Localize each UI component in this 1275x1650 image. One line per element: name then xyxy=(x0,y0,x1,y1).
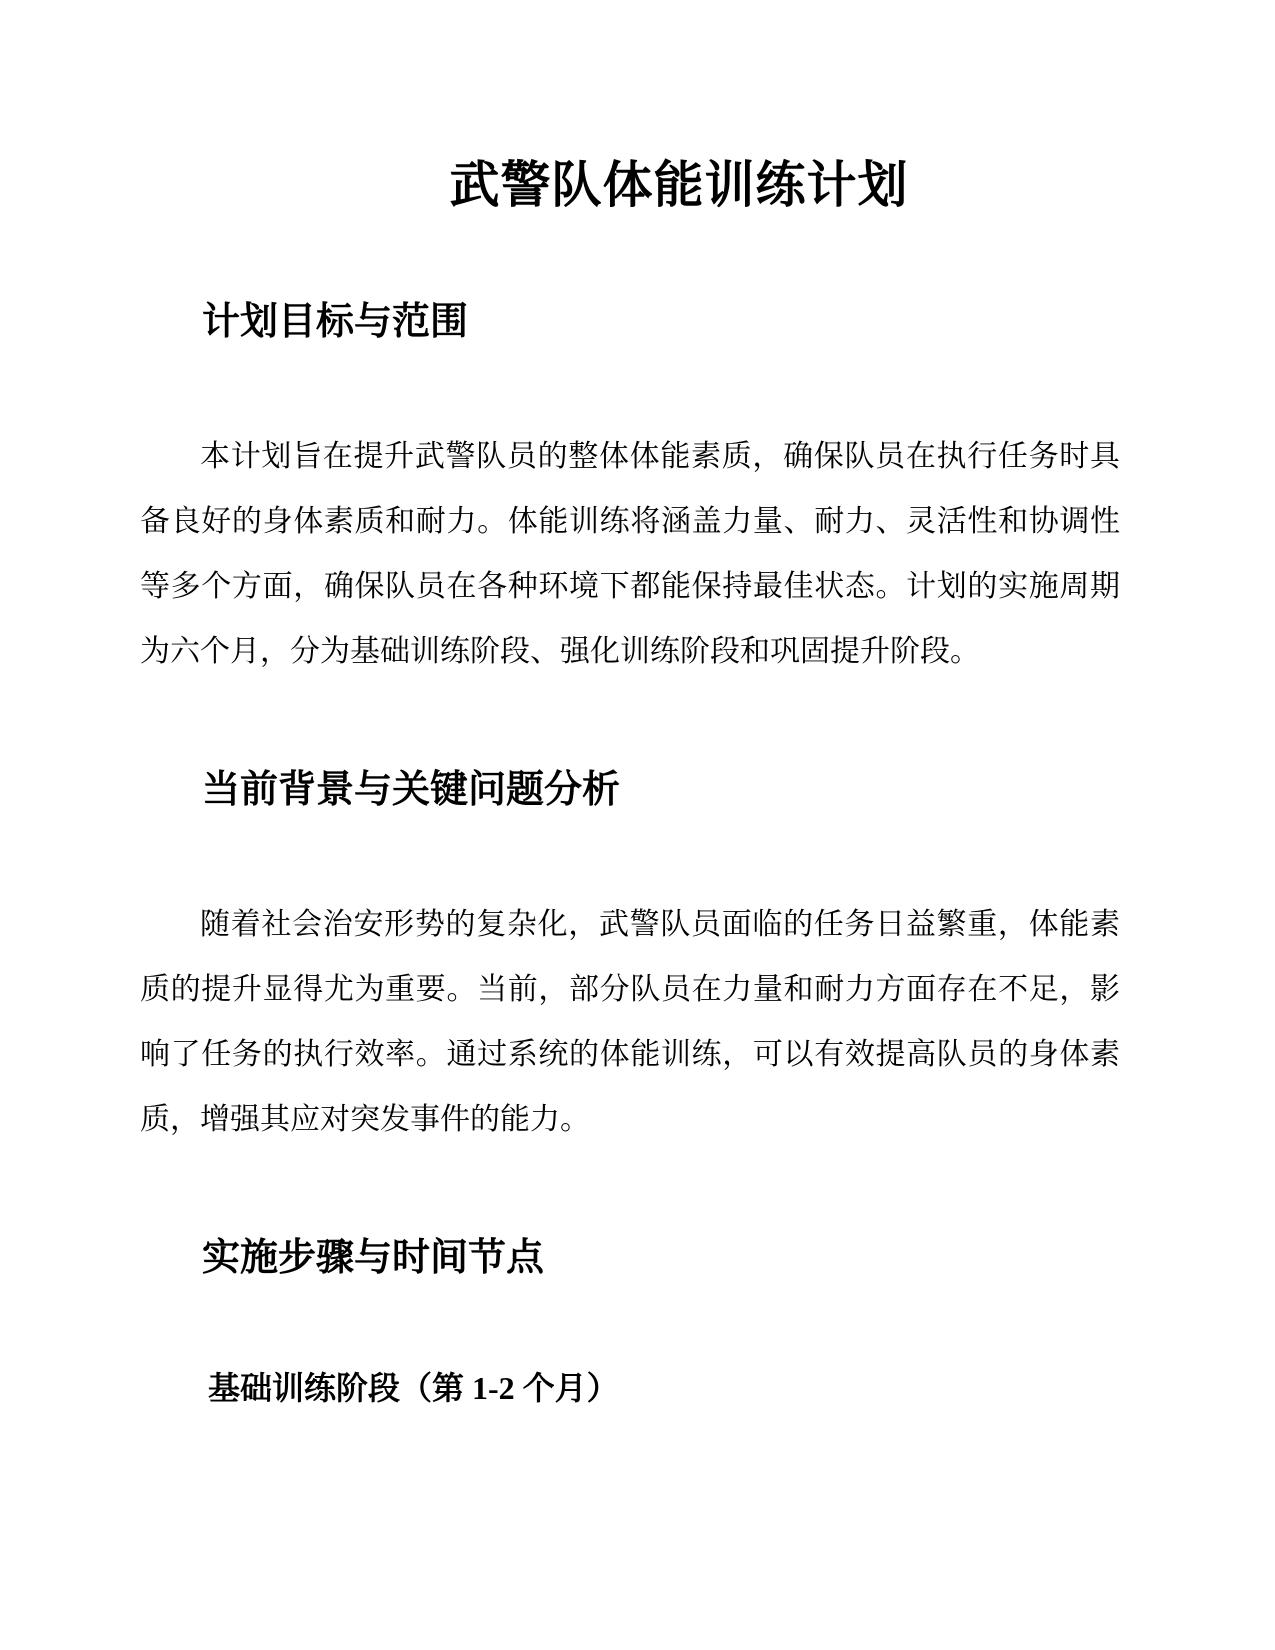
paragraph-plan-goals-and-scope: 本计划旨在提升武警队员的整体体能素质，确保队员在执行任务时具备良好的身体素质和耐… xyxy=(140,424,1120,684)
section-implementation-steps: 实施步骤与时间节点 基础训练阶段（第 1-2 个月） xyxy=(140,1234,1120,1410)
document-page: 武警队体能训练计划 计划目标与范围 本计划旨在提升武警队员的整体体能素质，确保队… xyxy=(0,0,1275,1650)
document-title: 武警队体能训练计划 xyxy=(140,154,1120,216)
heading-background-and-key-issues: 当前背景与关键问题分析 xyxy=(140,766,1120,814)
heading-plan-goals-and-scope: 计划目标与范围 xyxy=(140,298,1120,346)
section-background-analysis: 当前背景与关键问题分析 随着社会治安形势的复杂化，武警队员面临的任务日益繁重，体… xyxy=(140,766,1120,1152)
heading-implementation-steps-and-timeline: 实施步骤与时间节点 xyxy=(140,1234,1120,1282)
section-plan-goals: 计划目标与范围 本计划旨在提升武警队员的整体体能素质，确保队员在执行任务时具备良… xyxy=(140,298,1120,684)
subheading-basic-training-phase: 基础训练阶段（第 1-2 个月） xyxy=(140,1366,1120,1410)
paragraph-background-and-key-issues: 随着社会治安形势的复杂化，武警队员面临的任务日益繁重，体能素质的提升显得尤为重要… xyxy=(140,892,1120,1152)
